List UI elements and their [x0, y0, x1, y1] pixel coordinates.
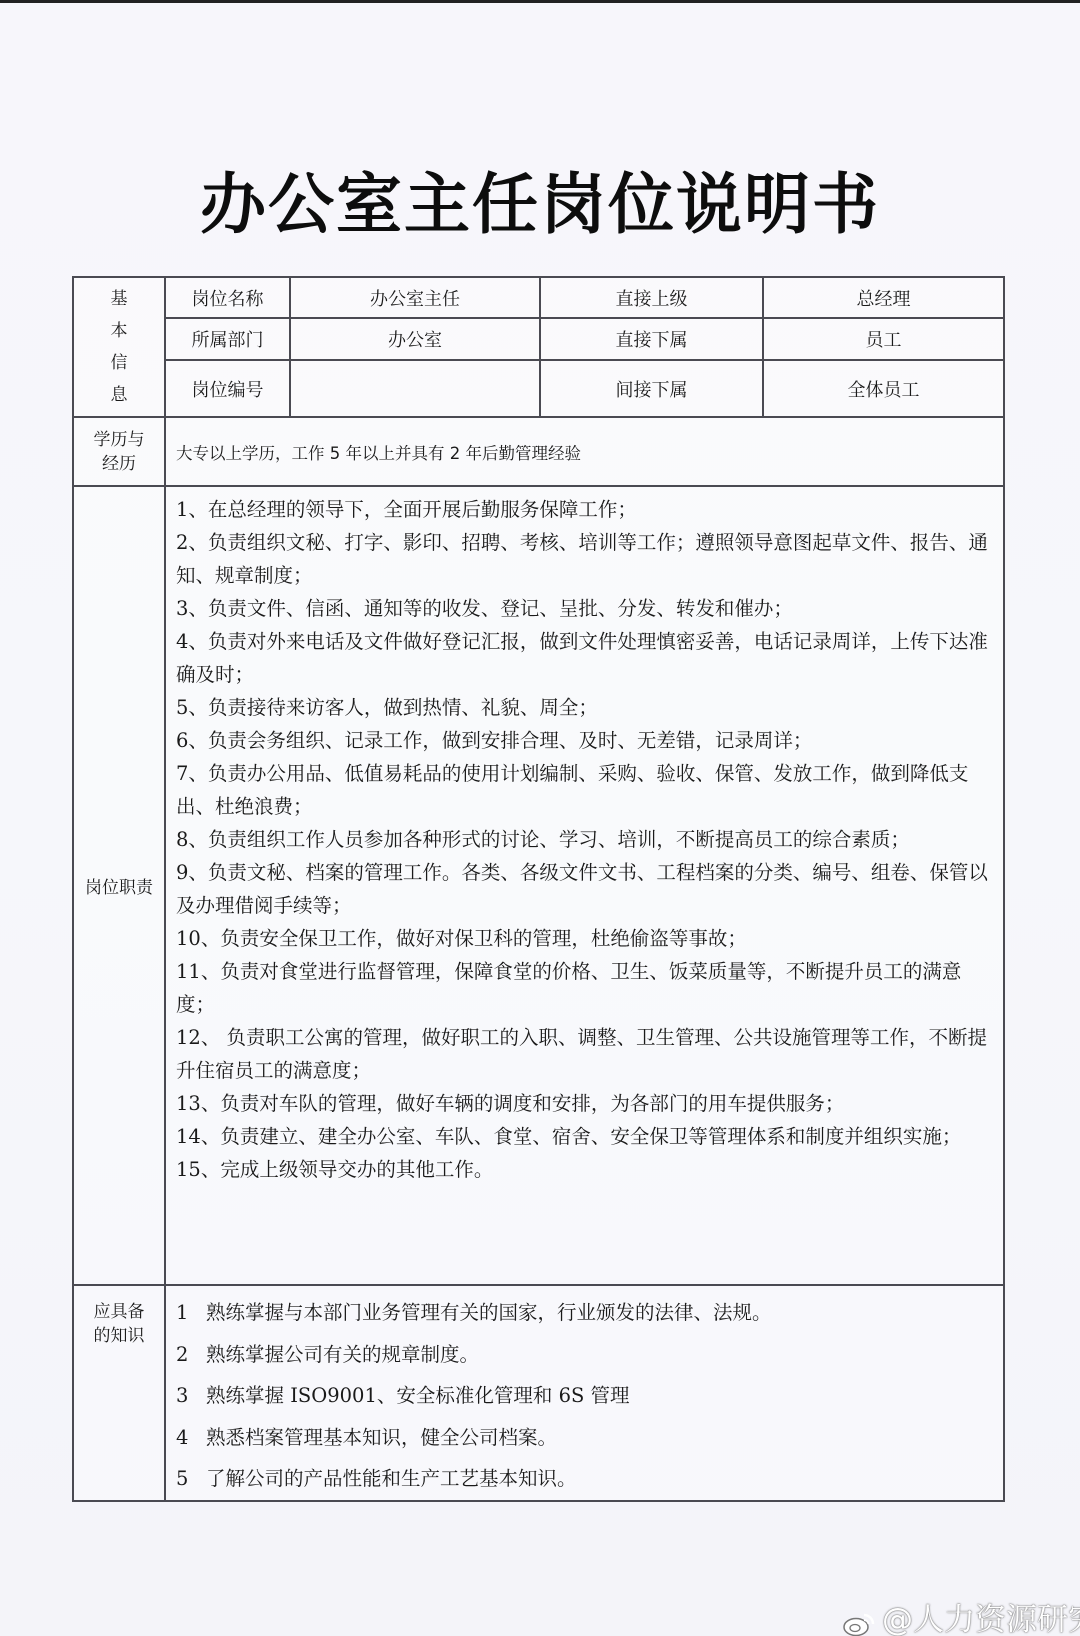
duty-item: 13、负责对车队的管理，做好车辆的调度和安排，为各部门的用车提供服务；: [176, 1087, 995, 1120]
field-label-indirect-subordinate: 间接下属: [540, 360, 763, 417]
duty-item: 1、在总经理的领导下，全面开展后勤服务保障工作；: [176, 493, 995, 526]
duty-item: 11、负责对食堂进行监督管理，保障食堂的价格、卫生、饭菜质量等，不断提升员工的满…: [176, 955, 995, 1021]
duty-item: 8、负责组织工作人员参加各种形式的讨论、学习、培训，不断提高员工的综合素质；: [176, 823, 995, 856]
basic-info-section-label: 基 本 信 息: [73, 277, 165, 417]
section-char: 息: [74, 379, 164, 411]
field-value-direct-superior: 总经理: [763, 277, 1004, 318]
field-label-department: 所属部门: [165, 318, 290, 360]
job-description-table: 基 本 信 息 岗位名称 办公室主任 直接上级 总经理 所属部门 办公室 直接下…: [72, 276, 1005, 1502]
knowledge-item: 2熟练掌握公司有关的规章制度。: [176, 1334, 995, 1376]
knowledge-item: 1熟练掌握与本部门业务管理有关的国家，行业颁发的法律、法规。: [176, 1292, 995, 1334]
weibo-icon: [842, 1609, 876, 1635]
field-label-position-name: 岗位名称: [165, 277, 290, 318]
duty-item: 2、负责组织文秘、打字、影印、招聘、考核、培训等工作；遵照领导意图起草文件、报告…: [176, 526, 995, 592]
duty-item: 4、负责对外来电话及文件做好登记汇报，做到文件处理慎密妥善，电话记录周详，上传下…: [176, 625, 995, 691]
document-title: 办公室主任岗位说明书: [0, 165, 1080, 245]
top-border-line: [0, 0, 1080, 3]
basic-info-row-3: 岗位编号 间接下属 全体员工: [73, 360, 1004, 417]
watermark: @人力资源研究: [842, 1594, 1080, 1636]
watermark-text: @人力资源研究: [882, 1602, 1080, 1636]
field-value-department: 办公室: [290, 318, 540, 360]
duty-item: 15、完成上级领导交办的其他工作。: [176, 1153, 995, 1186]
field-value-position-code: [290, 360, 540, 417]
section-char: 基: [74, 283, 164, 315]
knowledge-label-line1: 应具备: [74, 1300, 164, 1324]
duties-list: 1、在总经理的领导下，全面开展后勤服务保障工作； 2、负责组织文秘、打字、影印、…: [165, 486, 1004, 1285]
field-value-direct-subordinate: 员工: [763, 318, 1004, 360]
duty-item: 12、 负责职工公寓的管理，做好职工的入职、调整、卫生管理、公共设施管理等工作，…: [176, 1021, 995, 1087]
education-label: 学历与 经历: [73, 417, 165, 486]
duty-item: 9、负责文秘、档案的管理工作。各类、各级文件文书、工程档案的分类、编号、组卷、保…: [176, 856, 995, 922]
basic-info-row-1: 基 本 信 息 岗位名称 办公室主任 直接上级 总经理: [73, 277, 1004, 318]
section-char: 信: [74, 347, 164, 379]
basic-info-row-2: 所属部门 办公室 直接下属 员工: [73, 318, 1004, 360]
knowledge-item: 5了解公司的产品性能和生产工艺基本知识。: [176, 1458, 995, 1500]
duty-item: 7、负责办公用品、低值易耗品的使用计划编制、采购、验收、保管、发放工作，做到降低…: [176, 757, 995, 823]
duty-item: 3、负责文件、信函、通知等的收发、登记、呈批、分发、转发和催办；: [176, 592, 995, 625]
knowledge-item-number: 1: [176, 1292, 206, 1334]
section-char: 本: [74, 315, 164, 347]
knowledge-item-number: 3: [176, 1375, 206, 1417]
duty-item: 14、负责建立、建全办公室、车队、食堂、宿舍、安全保卫等管理体系和制度并组织实施…: [176, 1120, 995, 1153]
duty-item: 10、负责安全保卫工作，做好对保卫科的管理，杜绝偷盗等事故；: [176, 922, 995, 955]
duties-row: 岗位职责 1、在总经理的领导下，全面开展后勤服务保障工作； 2、负责组织文秘、打…: [73, 486, 1004, 1285]
knowledge-item-text: 熟练掌握公司有关的规章制度。: [206, 1343, 479, 1366]
knowledge-item-text: 熟练掌握 ISO9001、安全标准化管理和 6S 管理: [206, 1384, 630, 1407]
knowledge-list: 1熟练掌握与本部门业务管理有关的国家，行业颁发的法律、法规。 2熟练掌握公司有关…: [165, 1285, 1004, 1501]
field-value-indirect-subordinate: 全体员工: [763, 360, 1004, 417]
knowledge-row: 应具备 的知识 1熟练掌握与本部门业务管理有关的国家，行业颁发的法律、法规。 2…: [73, 1285, 1004, 1501]
knowledge-item-text: 熟悉档案管理基本知识，健全公司档案。: [206, 1426, 557, 1449]
knowledge-item: 3熟练掌握 ISO9001、安全标准化管理和 6S 管理: [176, 1375, 995, 1417]
knowledge-item-text: 熟练掌握与本部门业务管理有关的国家，行业颁发的法律、法规。: [206, 1301, 772, 1324]
knowledge-label: 应具备 的知识: [73, 1285, 165, 1501]
duty-item: 5、负责接待来访客人，做到热情、礼貌、周全；: [176, 691, 995, 724]
field-value-position-name: 办公室主任: [290, 277, 540, 318]
knowledge-label-line2: 的知识: [74, 1324, 164, 1348]
education-text: 大专以上学历，工作 5 年以上并具有 2 年后勤管理经验: [165, 417, 1004, 486]
field-label-direct-superior: 直接上级: [540, 277, 763, 318]
knowledge-item-text: 了解公司的产品性能和生产工艺基本知识。: [206, 1467, 577, 1490]
education-row: 学历与 经历 大专以上学历，工作 5 年以上并具有 2 年后勤管理经验: [73, 417, 1004, 486]
education-label-line1: 学历与: [74, 428, 164, 452]
knowledge-item-number: 4: [176, 1417, 206, 1459]
knowledge-item: 4熟悉档案管理基本知识，健全公司档案。: [176, 1417, 995, 1459]
knowledge-item-number: 2: [176, 1334, 206, 1376]
duties-label: 岗位职责: [73, 486, 165, 1285]
field-label-position-code: 岗位编号: [165, 360, 290, 417]
field-label-direct-subordinate: 直接下属: [540, 318, 763, 360]
education-label-line2: 经历: [74, 452, 164, 476]
knowledge-item-number: 5: [176, 1458, 206, 1500]
duty-item: 6、负责会务组织、记录工作，做到安排合理、及时、无差错，记录周详；: [176, 724, 995, 757]
